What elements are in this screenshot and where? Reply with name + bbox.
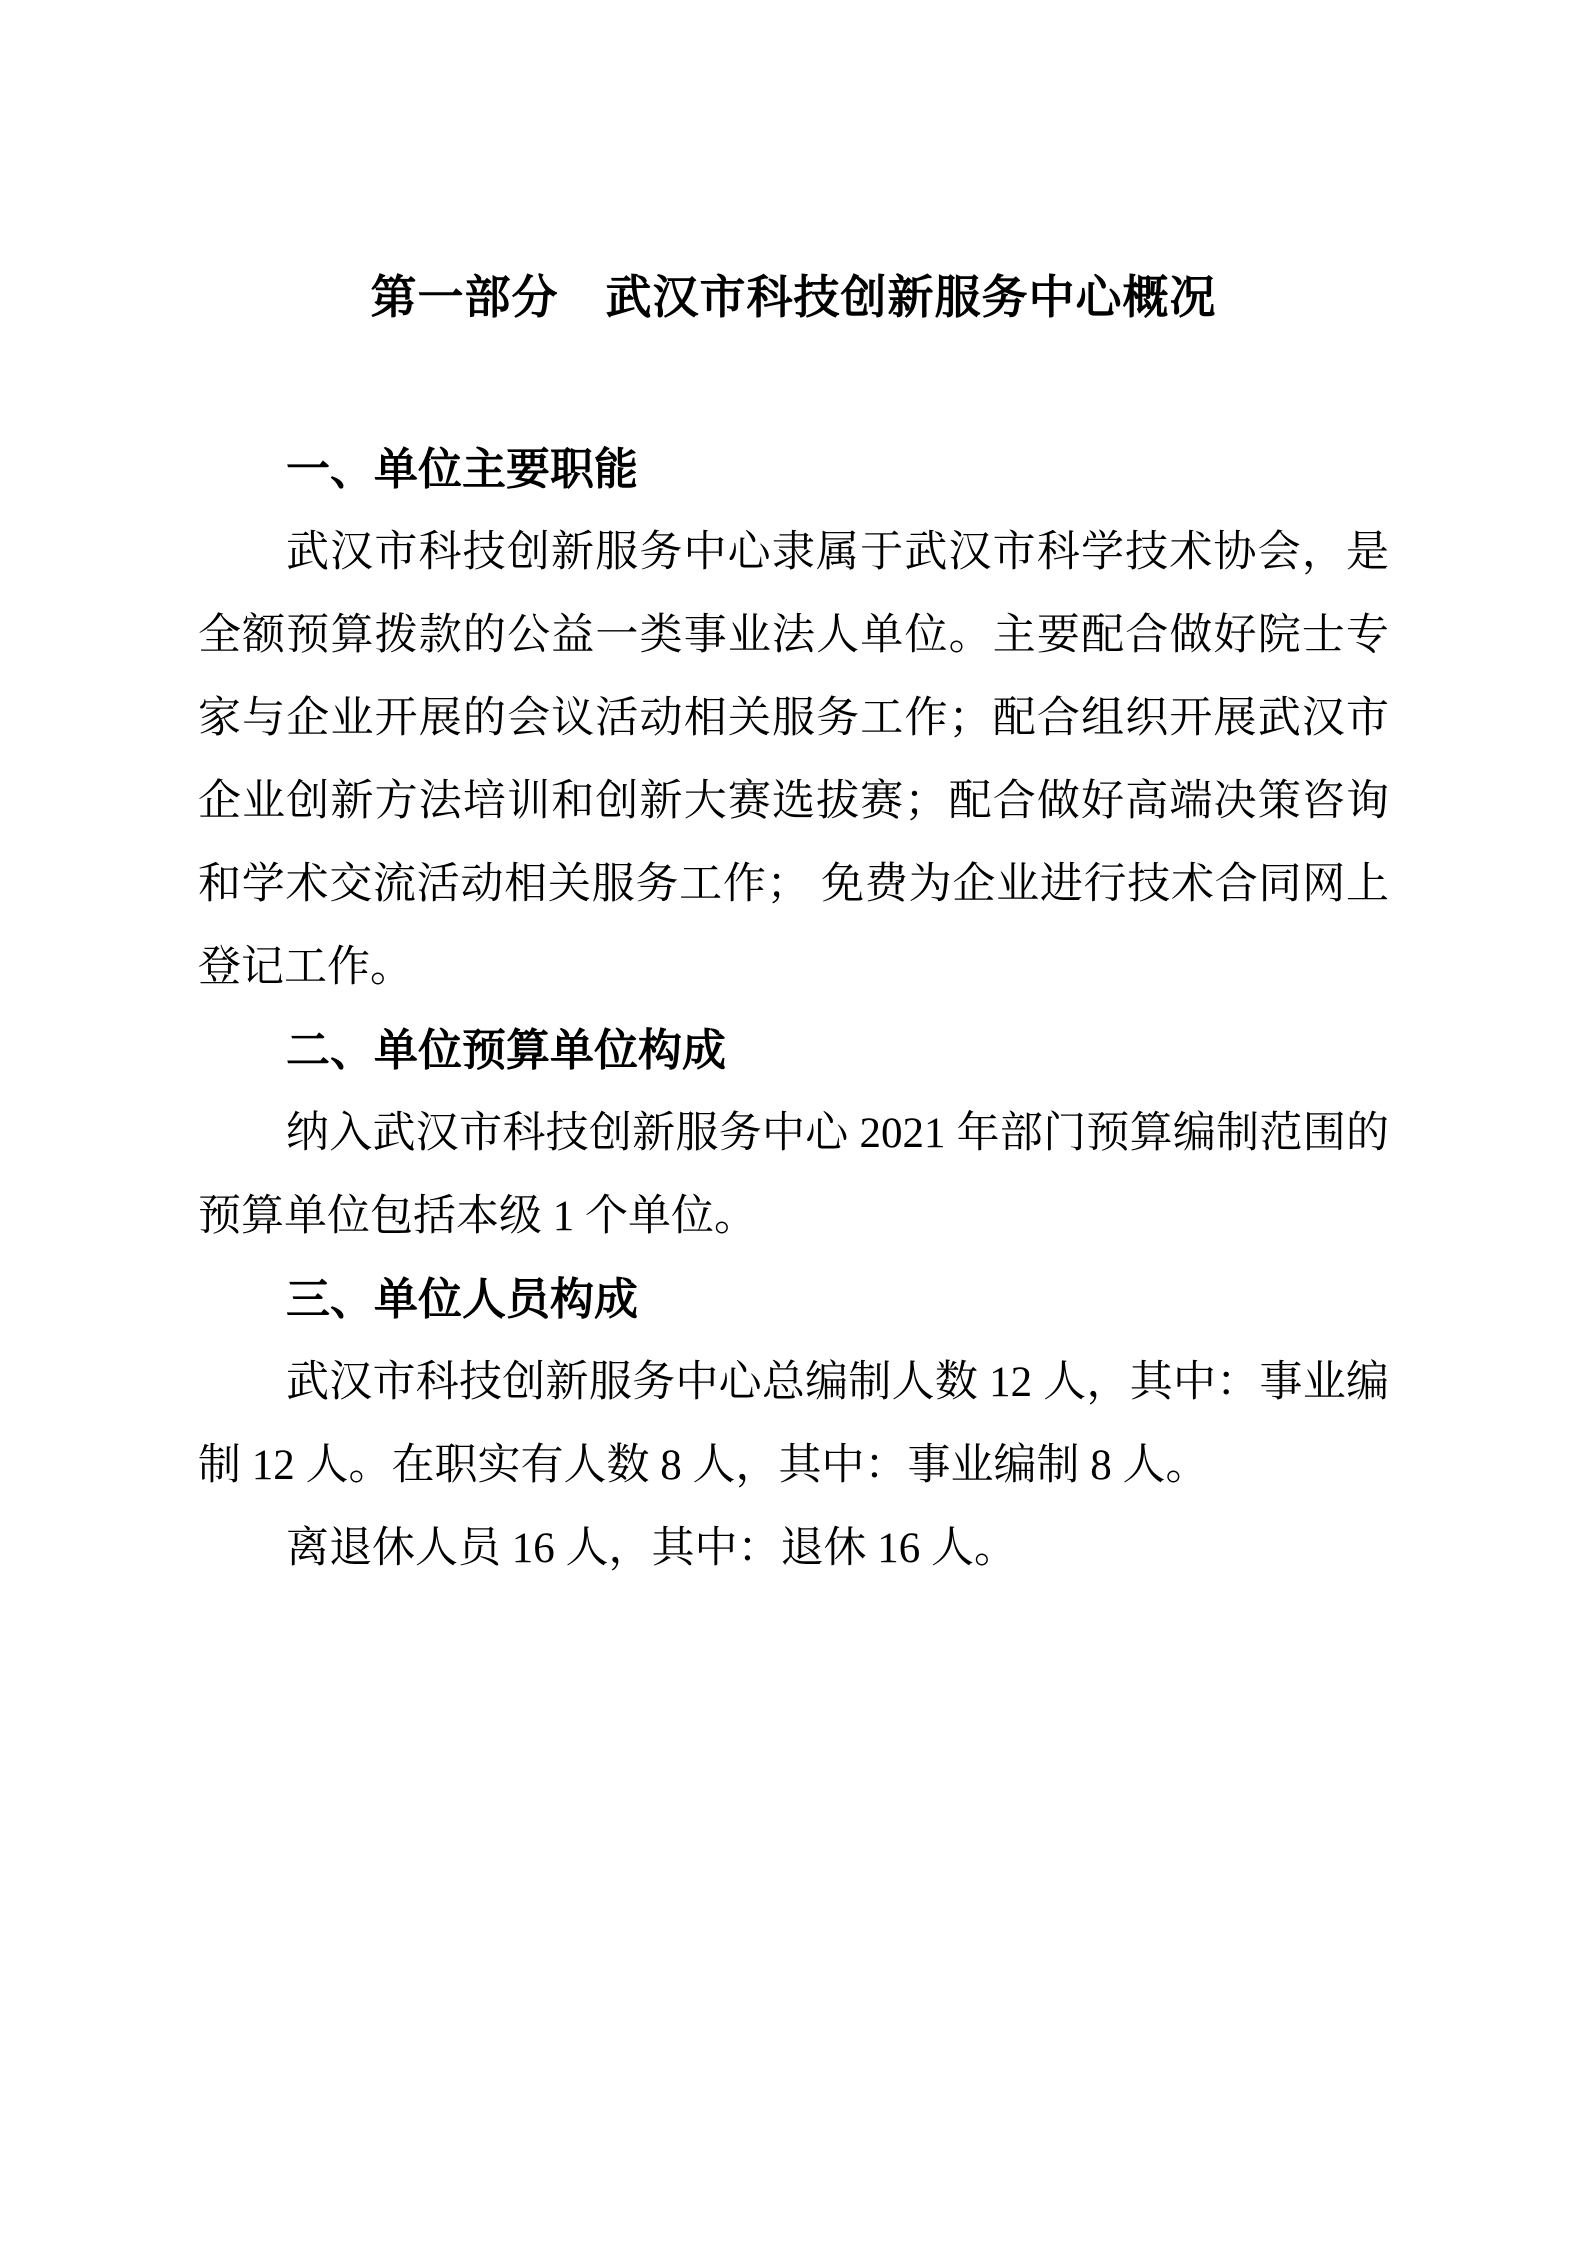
section-heading-budget-composition: 二、单位预算单位构成 (198, 1009, 1389, 1092)
paragraph-unit-functions: 武汉市科技创新服务中心隶属于武汉市科学技术协会，是全额预算拨款的公益一类事业法人… (198, 511, 1389, 1009)
page-title: 第一部分 武汉市科技创新服务中心概况 (198, 262, 1389, 332)
section-budget-composition: 二、单位预算单位构成 纳入武汉市科技创新服务中心 2021 年部门预算编制范围的… (198, 1009, 1389, 1258)
paragraph-personnel-retired: 离退休人员 16 人，其中：退休 16 人。 (198, 1507, 1389, 1590)
paragraph-personnel-staffing: 武汉市科技创新服务中心总编制人数 12 人，其中：事业编制 12 人。在职实有人… (198, 1341, 1389, 1507)
section-heading-personnel-composition: 三、单位人员构成 (198, 1258, 1389, 1341)
section-personnel-composition: 三、单位人员构成 武汉市科技创新服务中心总编制人数 12 人，其中：事业编制 1… (198, 1258, 1389, 1590)
section-unit-functions: 一、单位主要职能 武汉市科技创新服务中心隶属于武汉市科学技术协会，是全额预算拨款… (198, 428, 1389, 1009)
document-page: 第一部分 武汉市科技创新服务中心概况 一、单位主要职能 武汉市科技创新服务中心隶… (0, 0, 1587, 2245)
section-heading-unit-functions: 一、单位主要职能 (198, 428, 1389, 511)
paragraph-budget-composition: 纳入武汉市科技创新服务中心 2021 年部门预算编制范围的预算单位包括本级 1 … (198, 1092, 1389, 1258)
